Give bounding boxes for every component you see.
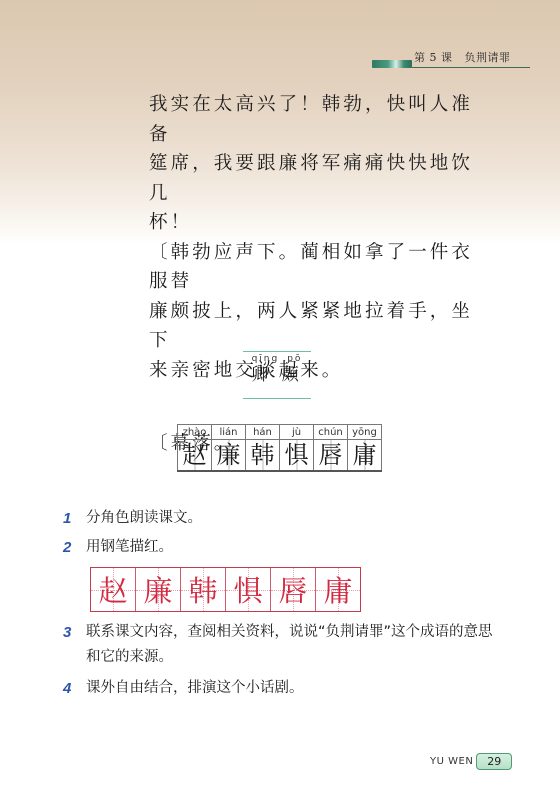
script-line: 我实在太高兴了！韩勃，快叫人准备 [149, 90, 489, 149]
lesson-header: 第 5 课负荆请罪 [372, 50, 560, 74]
stage-direction: 廉颇披上，两人紧紧地拉着手，坐下 [149, 297, 489, 356]
script-line: 筵席，我要跟廉将军痛痛快快地饮几 [149, 149, 489, 208]
exercise-text: 课外自由结合，排演这个小话剧。 [86, 680, 304, 696]
hanzi-cell: 庸 [348, 440, 382, 472]
hanzi-cell: 唇 [314, 440, 348, 472]
header-accent-bar [372, 60, 412, 68]
exercise-number: 3 [63, 620, 71, 645]
exercise-text: 分角色朗读课文。 [86, 510, 202, 526]
lesson-title: 负荆请罪 [465, 51, 511, 64]
exercise-item: 1 分角色朗读课文。 [63, 506, 503, 531]
script-line: 杯！ [149, 208, 489, 238]
pinyin-cell: zhào [178, 425, 212, 440]
tracing-cell: 惧 [226, 568, 271, 611]
pinyin-cell: lián [212, 425, 246, 440]
tracing-cell: 唇 [271, 568, 316, 611]
exercise-item: 2 用钢笔描红。 [63, 535, 503, 560]
stage-direction: 来亲密地交谈起来。 [149, 356, 489, 386]
exercise-number: 4 [63, 676, 71, 701]
tracing-cell: 赵 [91, 568, 136, 611]
header-rule [412, 67, 530, 68]
pinyin-cell: jù [280, 425, 314, 440]
page-footer: YU WEN 29 [430, 752, 512, 770]
exercise-number: 2 [63, 535, 71, 560]
hanzi-cell: 廉 [212, 440, 246, 472]
pinyin: qīng [252, 354, 280, 364]
new-characters-table: zhào lián hán jù chún yōng 赵 廉 韩 惧 唇 庸 [177, 424, 382, 472]
hanzi-cell: 惧 [280, 440, 314, 472]
hanzi-cell: 韩 [246, 440, 280, 472]
pinyin-cell: yōng [348, 425, 382, 440]
tracing-grid: 赵 廉 韩 惧 唇 庸 [90, 567, 361, 612]
stage-direction: 〔韩勃应声下。蔺相如拿了一件衣服替 [149, 238, 489, 297]
hanzi-cell: 赵 [178, 440, 212, 472]
play-script: 我实在太高兴了！韩勃，快叫人准备 筵席，我要跟廉将军痛痛快快地饮几 杯！ 〔韩勃… [149, 90, 489, 459]
pinyin-cell: chún [314, 425, 348, 440]
pinyin: pō [287, 354, 302, 364]
tracing-cell: 庸 [316, 568, 360, 611]
vocab-hanzi: 卿 颇 [243, 364, 311, 386]
subject-label: YU WEN [430, 756, 473, 767]
page-number-badge: 29 [476, 753, 512, 770]
exercise-number: 1 [63, 506, 71, 531]
tracing-cell: 廉 [136, 568, 181, 611]
exercise-text: 用钢笔描红。 [86, 539, 173, 555]
lesson-number: 第 5 课 [414, 51, 453, 64]
exercise-text: 联系课文内容，查阅相关资料，说说“负荆请罪”这个成语的意思和它的来源。 [86, 624, 493, 665]
exercise-item: 4 课外自由结合，排演这个小话剧。 [63, 676, 503, 701]
vocab-word-box: qīngpō 卿 颇 [243, 351, 311, 399]
exercise-item: 3 联系课文内容，查阅相关资料，说说“负荆请罪”这个成语的意思和它的来源。 [63, 620, 503, 670]
pinyin-cell: hán [246, 425, 280, 440]
tracing-cell: 韩 [181, 568, 226, 611]
